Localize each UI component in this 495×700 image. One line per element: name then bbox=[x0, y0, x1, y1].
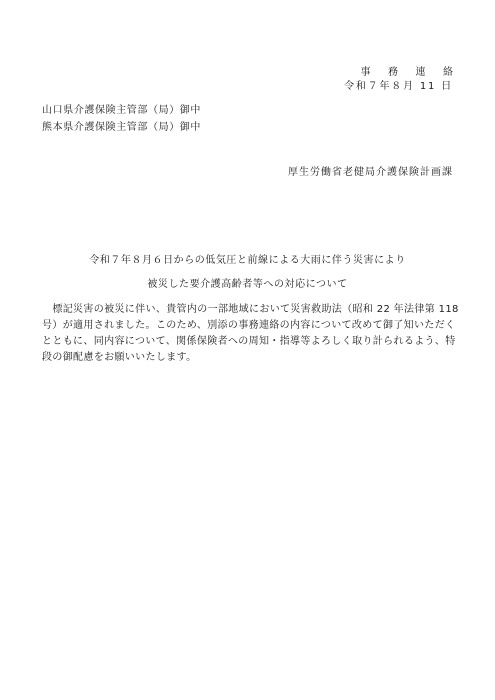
document-title-line-2: 被災した要介護高齢者等への対応について bbox=[0, 278, 495, 291]
document-page: 事務連絡 令和７年８月 11 日 山口県介護保険主管部（局）御中 熊本県介護保険… bbox=[0, 0, 495, 700]
addressee-kumamoto: 熊本県介護保険主管部（局）御中 bbox=[42, 121, 201, 134]
document-body: 標記災害の被災に伴い、貴管内の一部地域において災害救助法（昭和 22 年法律第 … bbox=[42, 302, 457, 366]
body-line-3: とともに、同内容について、関係保険者への周知・指導等よろしく取り計られるよう、特 bbox=[42, 334, 457, 350]
body-line-4: 段の御配慮をお願いいたします。 bbox=[42, 350, 457, 366]
document-date: 令和７年８月 11 日 bbox=[344, 80, 453, 93]
body-line-1: 標記災害の被災に伴い、貴管内の一部地域において災害救助法（昭和 22 年法律第 … bbox=[42, 302, 457, 318]
body-line-2: 号）が適用されました。このため、別添の事務連絡の内容について改めて御了知いただく bbox=[42, 318, 457, 334]
addressee-yamaguchi: 山口県介護保険主管部（局）御中 bbox=[42, 104, 201, 117]
document-title-line-1: 令和７年８月６日からの低気圧と前線による大雨に伴う災害により bbox=[0, 254, 495, 267]
sender-department: 厚生労働省老健局介護保険計画課 bbox=[288, 166, 453, 179]
document-type-label: 事務連絡 bbox=[361, 66, 471, 79]
